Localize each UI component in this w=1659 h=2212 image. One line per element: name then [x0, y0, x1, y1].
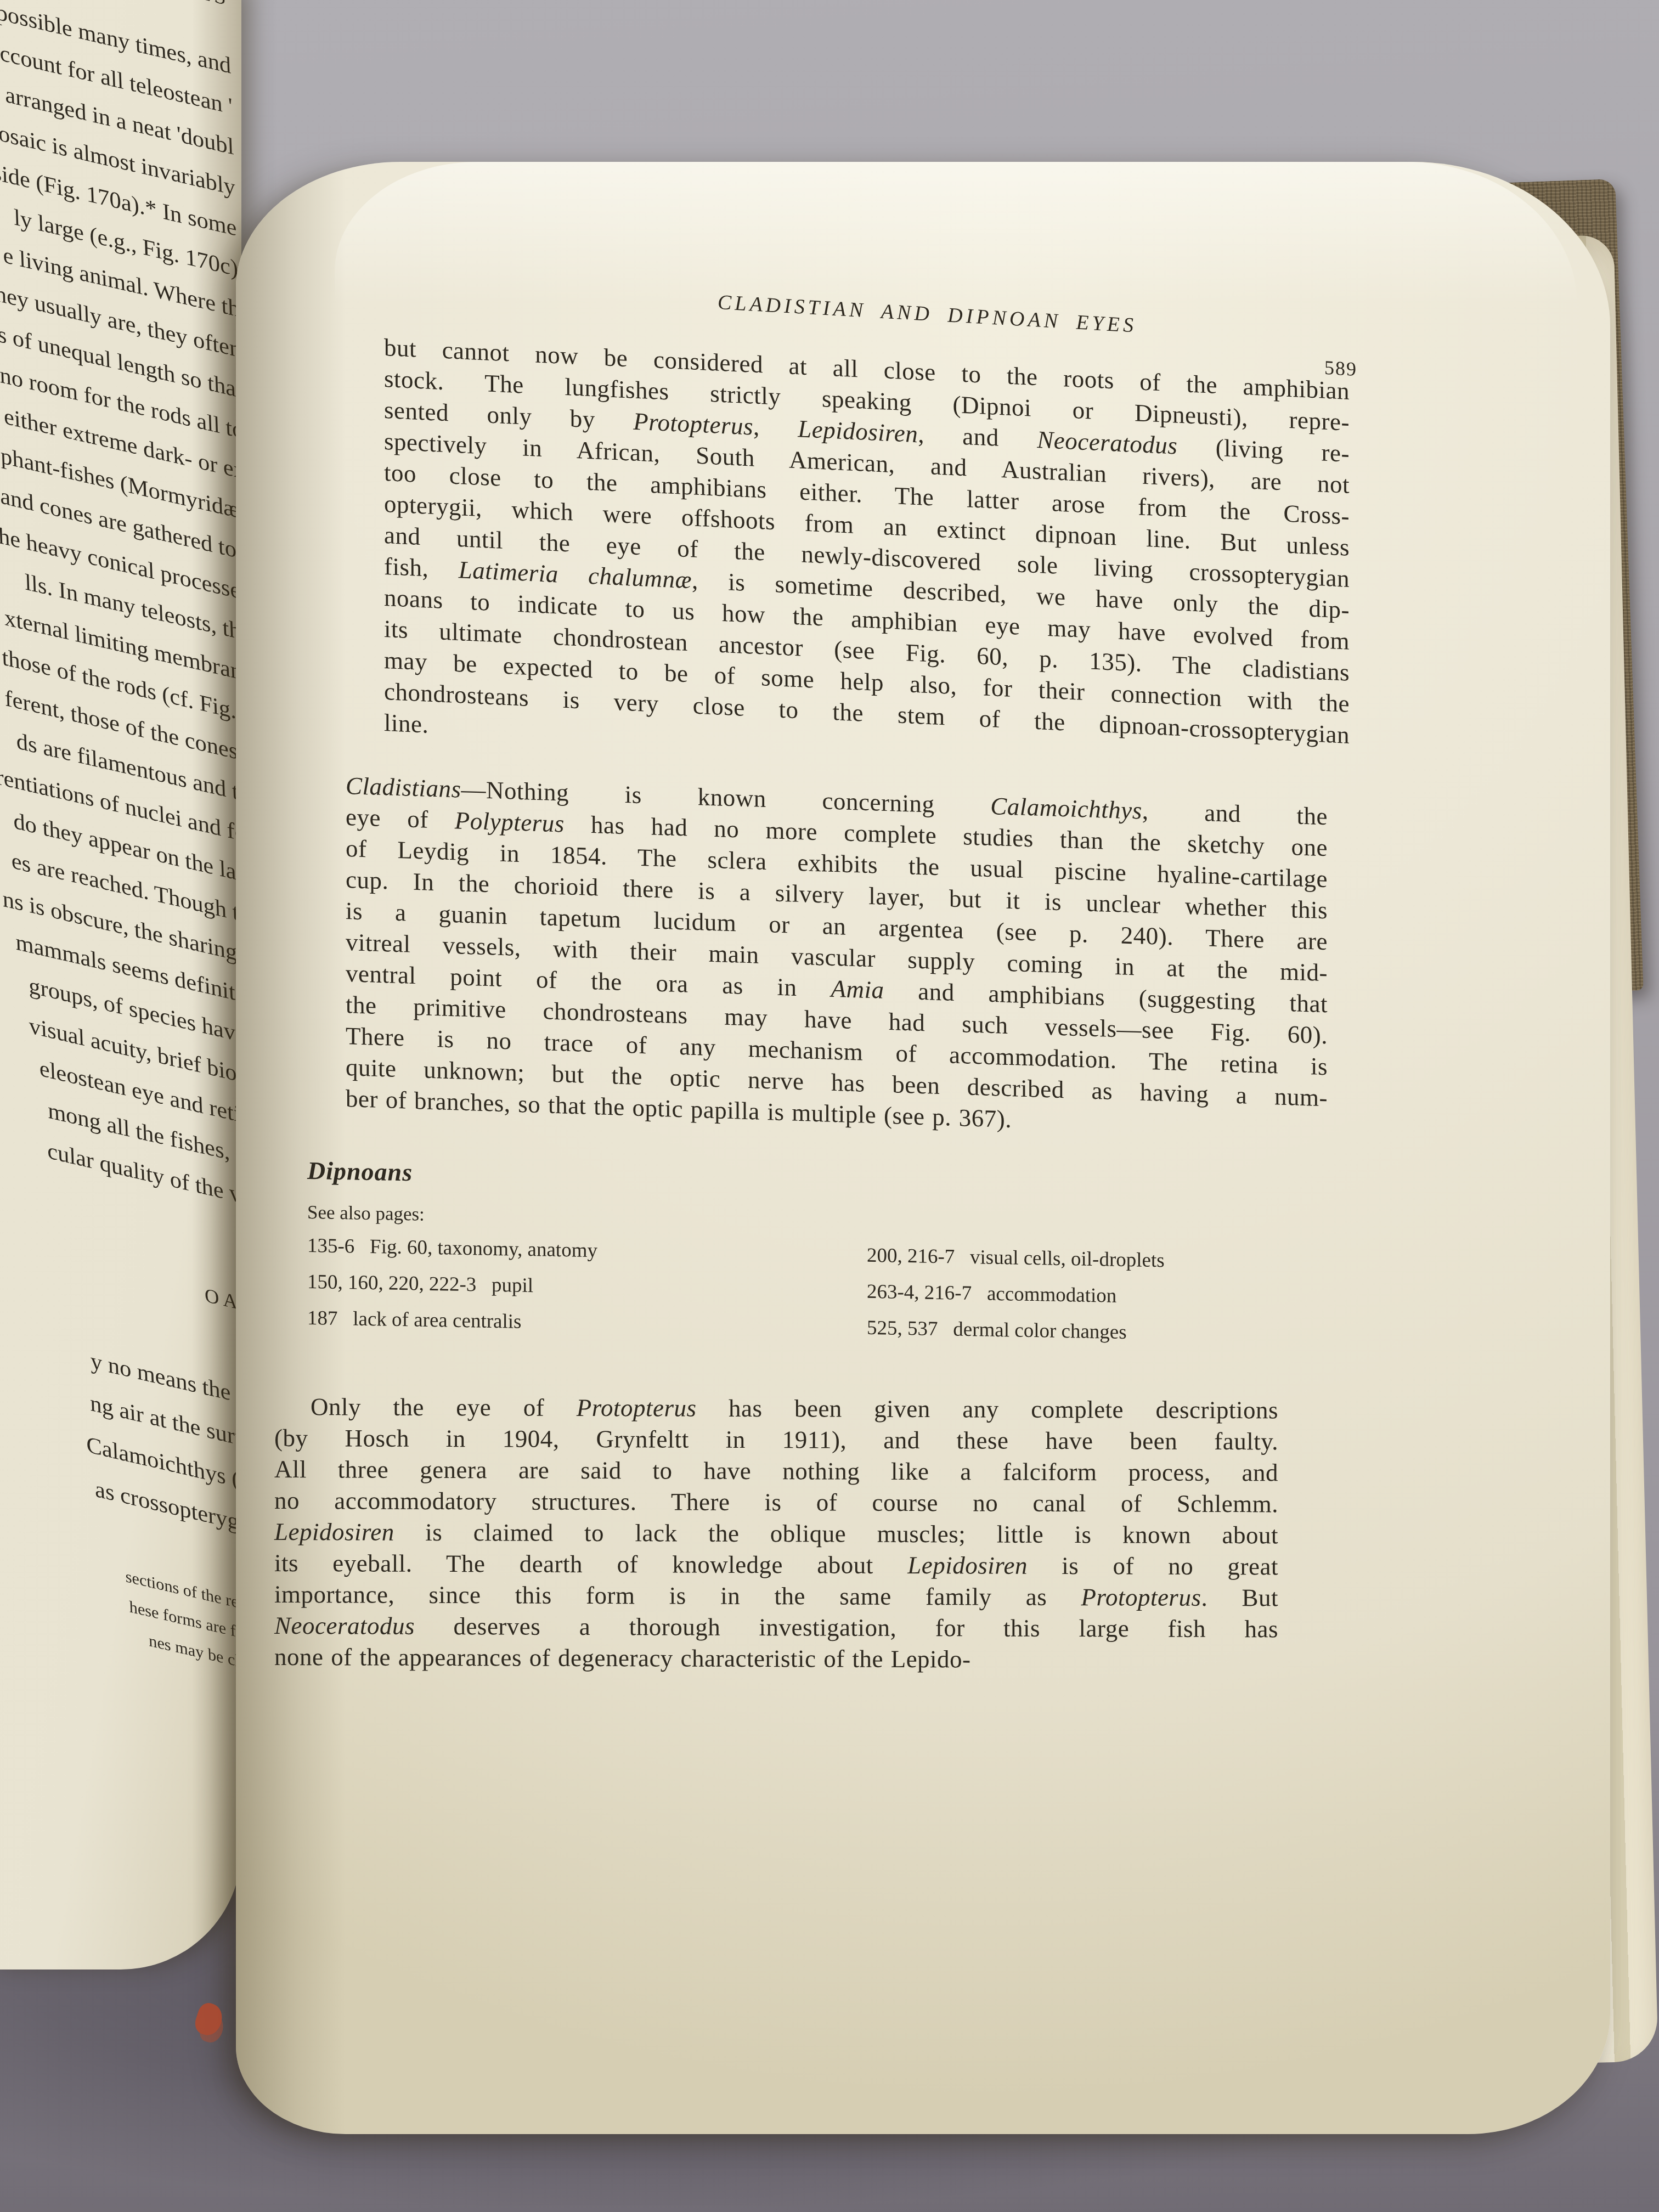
- see-also-list: 135-6 Fig. 60, taxonomy, anatomy150, 160…: [307, 1228, 1536, 1358]
- right-page-content: CLADISTIAN AND DIPNOAN EYES 589 but cann…: [274, 239, 1536, 1673]
- see-also-column-right: 200, 216-7 visual cells, oil-droplets263…: [867, 1238, 1361, 1355]
- left-page: HER FISHES n possible many times, andacc…: [0, 0, 241, 1970]
- section-heading-dipnoans: Dipnoans: [307, 1156, 1536, 1206]
- photo-of-open-book: HER FISHES n possible many times, andacc…: [0, 0, 1659, 2212]
- right-page: CLADISTIAN AND DIPNOAN EYES 589 but cann…: [236, 162, 1610, 2134]
- paragraph-cladistians: Cladistians—Nothing is known concerning …: [346, 770, 1328, 1145]
- see-also-column-left: 135-6 Fig. 60, taxonomy, anatomy150, 160…: [307, 1228, 867, 1346]
- gutter-shadow-left: [192, 0, 241, 1970]
- paragraph-protopterus: Only the eye of Protopterus has been giv…: [274, 1391, 1278, 1676]
- paragraph-lungfishes: but cannot now be considered at all clos…: [384, 332, 1350, 782]
